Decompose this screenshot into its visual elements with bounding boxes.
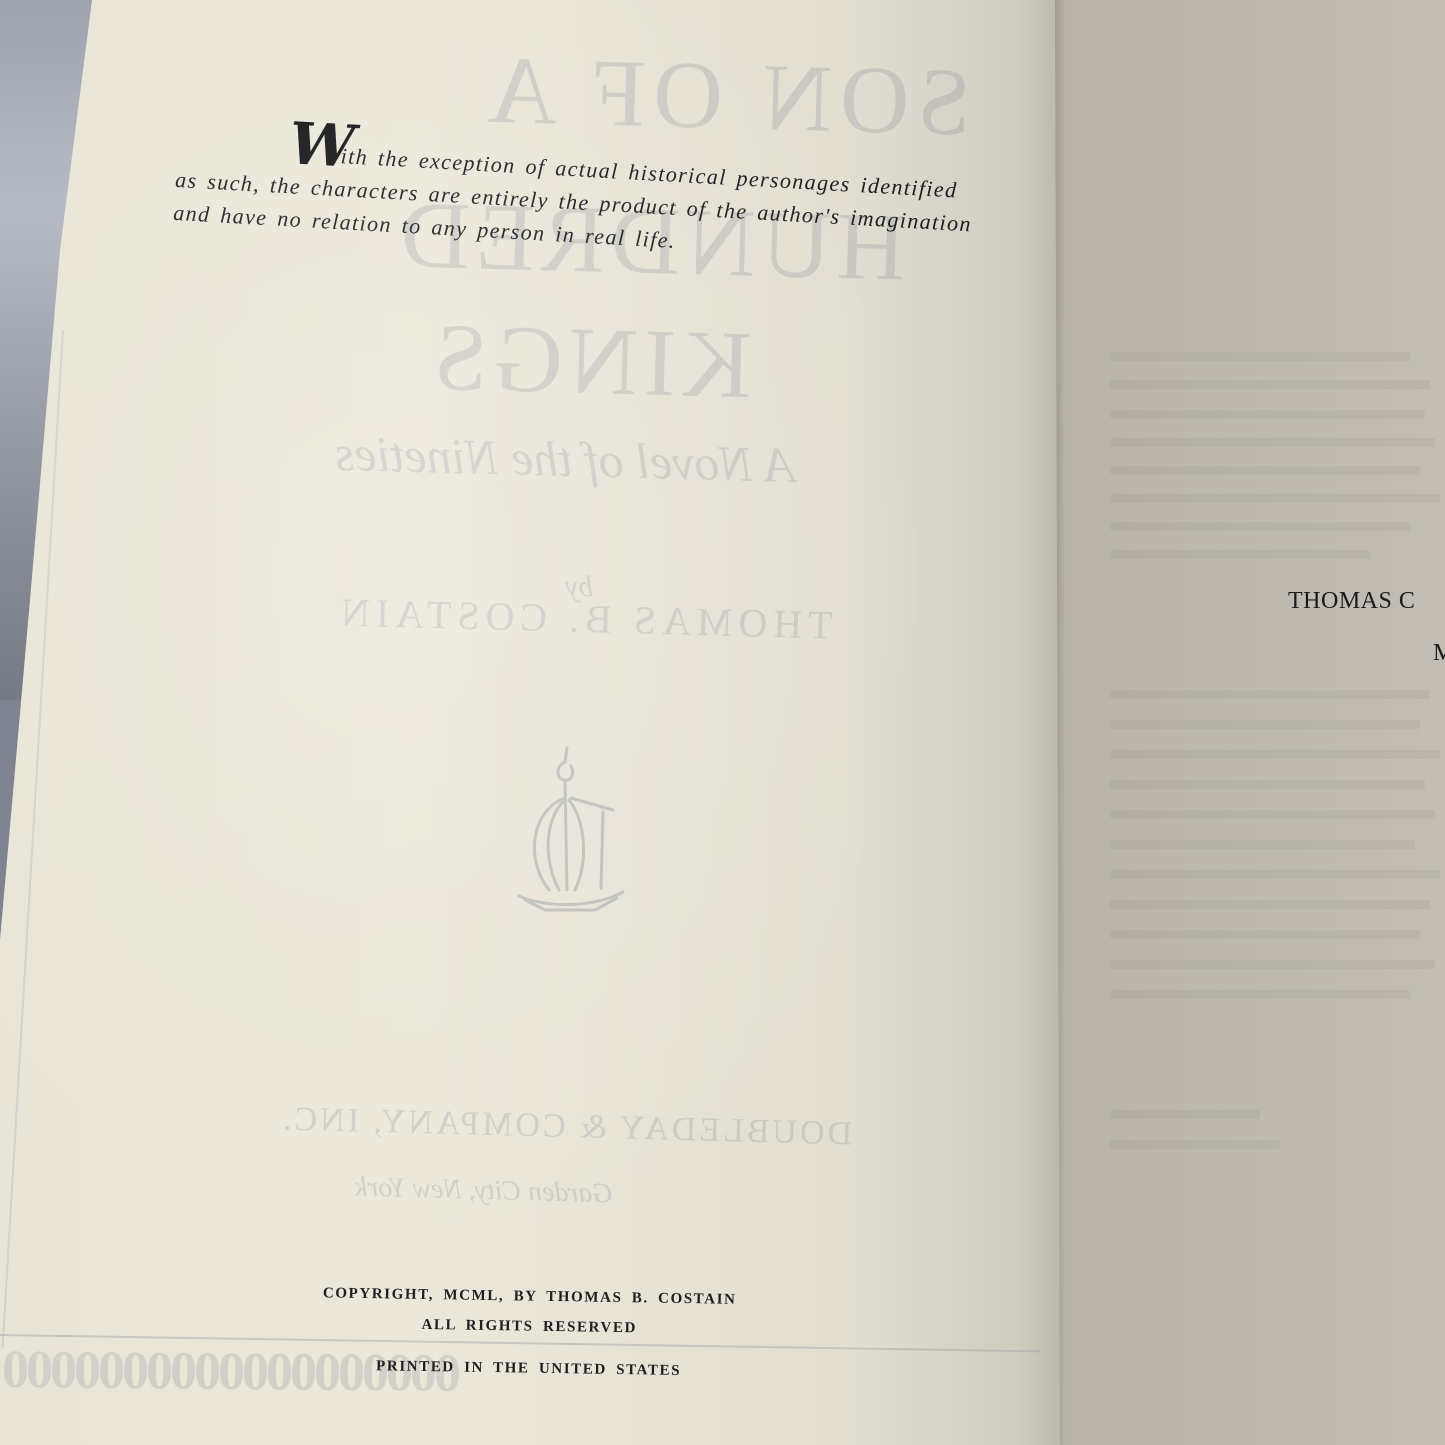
show-through-line	[1110, 410, 1425, 419]
show-through-line	[1110, 720, 1420, 729]
show-through-line	[1110, 930, 1420, 939]
show-through-line	[1110, 690, 1430, 699]
show-through-subtitle: A Novel of the Nineties	[334, 424, 795, 494]
show-through-line	[1110, 522, 1410, 531]
show-through-line	[1110, 466, 1420, 475]
book-photo: THOMAS C M SON OF A HUNDRED KINGS A Nove…	[0, 0, 1445, 1445]
show-through-line	[1110, 352, 1410, 361]
show-through-place: Garden City, New York	[355, 1172, 613, 1211]
show-through-line	[1110, 380, 1430, 389]
show-through-line	[1110, 438, 1435, 447]
right-page-author-partial: THOMAS C	[1288, 588, 1415, 615]
show-through-line	[1110, 900, 1430, 909]
show-through-line	[1110, 840, 1415, 849]
printed-in-line: PRINTED IN THE UNITED STATES	[298, 1350, 758, 1387]
publisher-ship-logo-icon	[505, 740, 635, 920]
show-through-line	[1110, 1110, 1260, 1119]
show-through-line	[1110, 780, 1425, 789]
right-page-line-partial: M	[1433, 640, 1445, 667]
show-through-line	[1110, 550, 1370, 559]
copyright-block: COPYRIGHT, MCML, BY THOMAS B. COSTAIN AL…	[298, 1278, 760, 1387]
show-through-author: THOMAS B. COSTAIN	[334, 588, 833, 648]
show-through-line	[1110, 1140, 1280, 1149]
show-through-line	[1110, 494, 1440, 503]
show-through-publisher: DOUBLEDAY & COMPANY, INC.	[280, 1101, 853, 1154]
drop-cap-letter: W	[288, 114, 358, 176]
show-through-title-line1: SON OF A	[479, 34, 973, 158]
show-through-line	[1110, 960, 1435, 969]
fiction-disclaimer: W ith the exception of actual historical…	[172, 130, 1036, 277]
show-through-line	[1110, 990, 1410, 999]
show-through-line	[1110, 750, 1440, 759]
show-through-line	[1110, 870, 1440, 879]
show-through-title-line3: KINGS	[427, 301, 753, 420]
left-page: SON OF A HUNDRED KINGS A Novel of the Ni…	[0, 0, 1060, 1445]
show-through-line	[1110, 810, 1435, 819]
show-through-by: by	[565, 570, 594, 605]
